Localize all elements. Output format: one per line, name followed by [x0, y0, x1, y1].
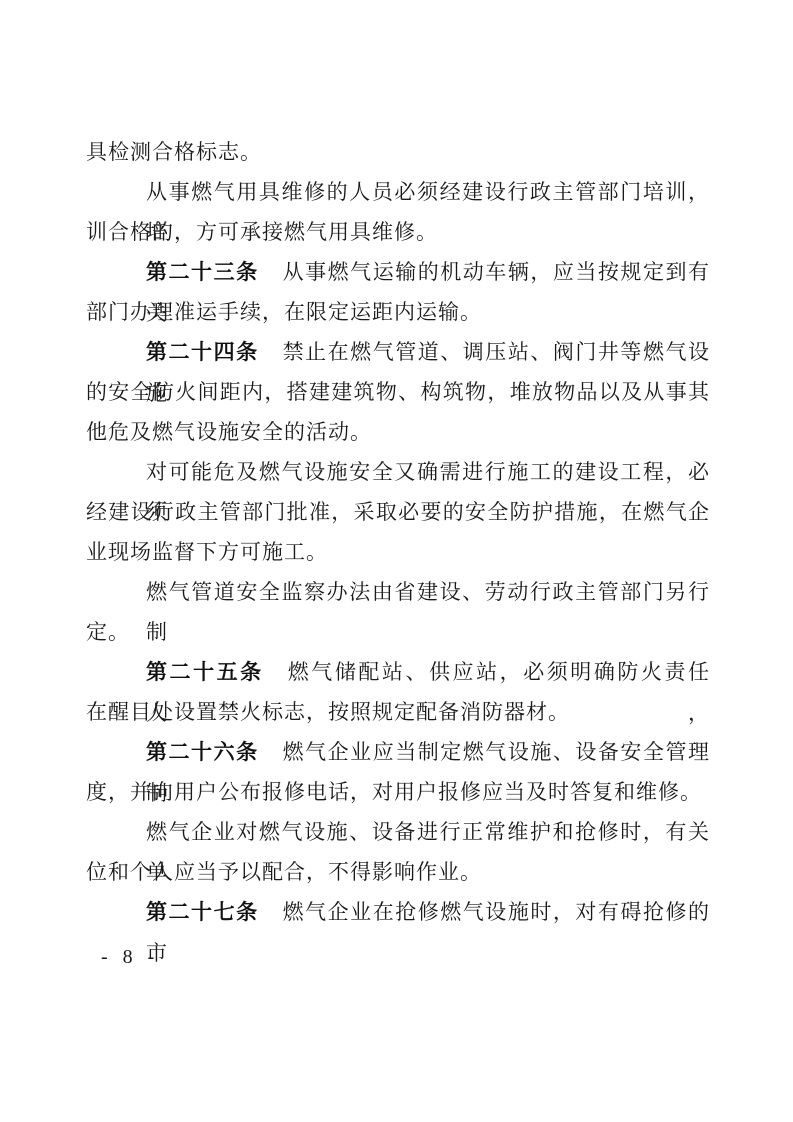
- text-line: 度，并向用户公布报修电话，对用户报修应当及时答复和维修。: [86, 772, 710, 812]
- text-line: 训合格的，方可承接燃气用具维修。: [86, 212, 710, 252]
- line-text: 经建设行政主管部门批准，采取必要的安全防护措施，在燃气企: [86, 500, 710, 524]
- line-text: 他危及燃气设施安全的活动。: [86, 420, 372, 444]
- document-body: 具检测合格标志。从事燃气用具维修的人员必须经建设行政主管部门培训，培训合格的，方…: [86, 132, 710, 932]
- text-line: 燃气企业对燃气设施、设备进行正常维护和抢修时，有关单: [86, 812, 710, 852]
- line-text: 部门办理准运手续，在限定运距内运输。: [86, 300, 482, 324]
- text-line: 第二十三条从事燃气运输的机动车辆，应当按规定到有关: [86, 252, 710, 292]
- article-number: 第二十四条: [146, 341, 259, 364]
- text-line: 业现场监督下方可施工。: [86, 532, 710, 572]
- line-text: 业现场监督下方可施工。: [86, 540, 328, 564]
- text-line: 经建设行政主管部门批准，采取必要的安全防护措施，在燃气企: [86, 492, 710, 532]
- line-text: 在醒目处设置禁火标志，按照规定配备消防器材。: [86, 700, 570, 724]
- text-line: 从事燃气用具维修的人员必须经建设行政主管部门培训，培: [86, 172, 710, 212]
- text-line: 第二十六条燃气企业应当制定燃气设施、设备安全管理制: [86, 732, 710, 772]
- text-line: 的安全防火间距内，搭建建筑物、构筑物，堆放物品以及从事其: [86, 372, 710, 412]
- page-number: - 8 -: [101, 946, 159, 969]
- text-line: 部门办理准运手续，在限定运距内运输。: [86, 292, 710, 332]
- article-number: 第二十七条: [146, 901, 259, 924]
- line-text: 的安全防火间距内，搭建建筑物、构筑物，堆放物品以及从事其: [86, 380, 710, 404]
- text-line: 具检测合格标志。: [86, 132, 710, 172]
- line-text: 定。: [86, 620, 130, 644]
- text-line: 位和个人应当予以配合，不得影响作业。: [86, 852, 710, 892]
- article-number: 第二十三条: [146, 261, 259, 284]
- text-line: 第二十七条燃气企业在抢修燃气设施时，对有碍抢修的市: [86, 892, 710, 932]
- text-line: 定。: [86, 612, 710, 652]
- text-line: 第二十四条禁止在燃气管道、调压站、阀门井等燃气设施: [86, 332, 710, 372]
- line-text: 位和个人应当予以配合，不得影响作业。: [86, 860, 482, 884]
- text-line: 第二十五条燃气储配站、供应站，必须明确防火责任人，: [86, 652, 710, 692]
- text-line: 他危及燃气设施安全的活动。: [86, 412, 710, 452]
- line-text: 度，并向用户公布报修电话，对用户报修应当及时答复和维修。: [86, 780, 702, 804]
- article-number: 第二十五条: [146, 661, 264, 684]
- article-number: 第二十六条: [146, 741, 259, 764]
- document-page: 具检测合格标志。从事燃气用具维修的人员必须经建设行政主管部门培训，培训合格的，方…: [0, 0, 793, 1122]
- text-line: 对可能危及燃气设施安全又确需进行施工的建设工程，必须: [86, 452, 710, 492]
- line-text: 具检测合格标志。: [86, 140, 262, 164]
- line-text: 训合格的，方可承接燃气用具维修。: [86, 220, 438, 244]
- text-line: 燃气管道安全监察办法由省建设、劳动行政主管部门另行制: [86, 572, 710, 612]
